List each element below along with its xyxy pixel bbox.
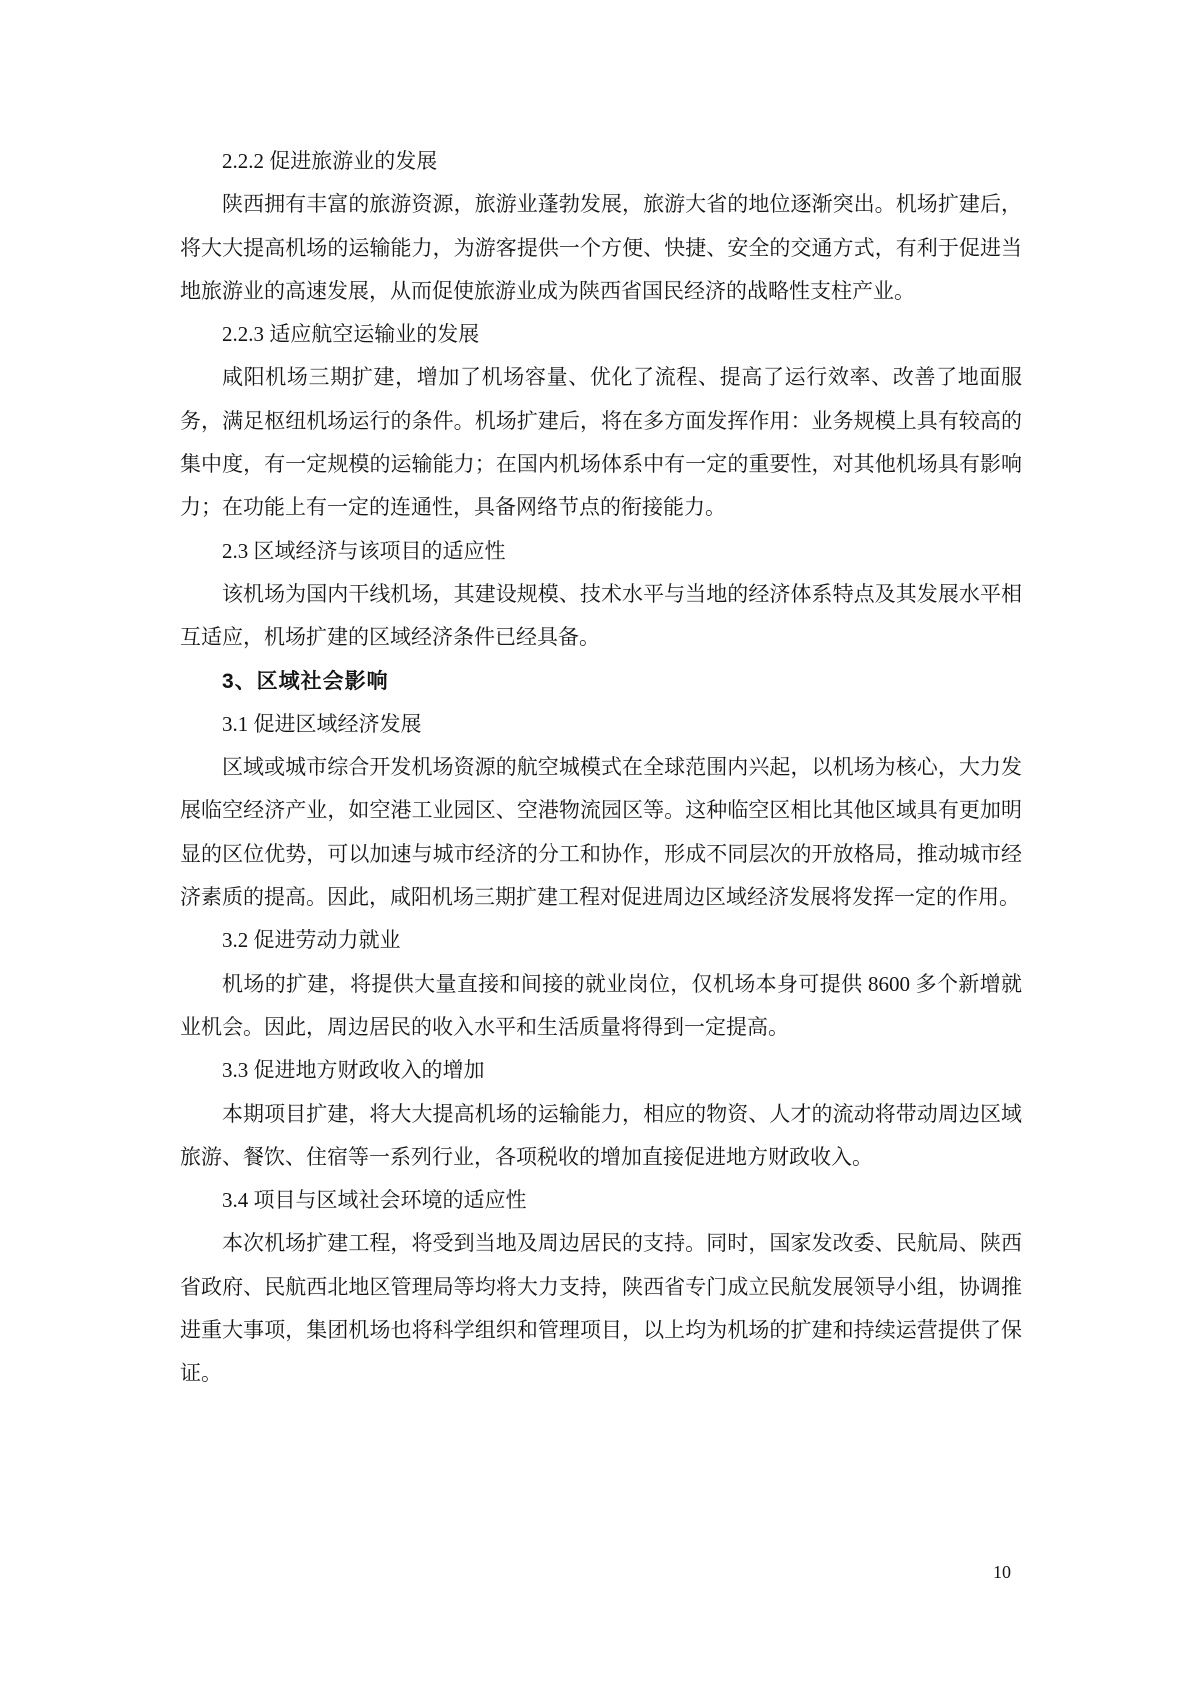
paragraph-employment: 机场的扩建，将提供大量直接和间接的就业岗位，仅机场本身可提供 8600 多个新增…: [180, 963, 1022, 1050]
paragraph-tourism: 陕西拥有丰富的旅游资源，旅游业蓬勃发展，旅游大省的地位逐渐突出。机场扩建后，将大…: [180, 183, 1022, 313]
section-heading-3-2: 3.2 促进劳动力就业: [180, 919, 1022, 962]
paragraph-regional-economy: 该机场为国内干线机场，其建设规模、技术水平与当地的经济体系特点及其发展水平相互适…: [180, 573, 1022, 660]
page-number: 10: [180, 1561, 1011, 1583]
document-body: 2.2.2 促进旅游业的发展 陕西拥有丰富的旅游资源，旅游业蓬勃发展，旅游大省的…: [180, 140, 1022, 1396]
section-heading-2-2-2: 2.2.2 促进旅游业的发展: [180, 140, 1022, 183]
section-heading-3-4: 3.4 项目与区域社会环境的适应性: [180, 1179, 1022, 1222]
section-heading-3-1: 3.1 促进区域经济发展: [180, 703, 1022, 746]
section-heading-2-2-3: 2.2.3 适应航空运输业的发展: [180, 313, 1022, 356]
paragraph-fiscal-revenue: 本期项目扩建，将大大提高机场的运输能力，相应的物资、人才的流动将带动周边区域旅游…: [180, 1093, 1022, 1180]
document-page: 2.2.2 促进旅游业的发展 陕西拥有丰富的旅游资源，旅游业蓬勃发展，旅游大省的…: [0, 0, 1190, 1683]
section-heading-3-3: 3.3 促进地方财政收入的增加: [180, 1049, 1022, 1092]
paragraph-social-support: 本次机场扩建工程，将受到当地及周边居民的支持。同时，国家发改委、民航局、陕西省政…: [180, 1222, 1022, 1395]
paragraph-air-transport: 咸阳机场三期扩建，增加了机场容量、优化了流程、提高了运行效率、改善了地面服务，满…: [180, 356, 1022, 529]
paragraph-airport-city: 区域或城市综合开发机场资源的航空城模式在全球范围内兴起，以机场为核心，大力发展临…: [180, 746, 1022, 919]
section-heading-3: 3、区域社会影响: [180, 660, 1022, 703]
section-heading-2-3: 2.3 区域经济与该项目的适应性: [180, 530, 1022, 573]
